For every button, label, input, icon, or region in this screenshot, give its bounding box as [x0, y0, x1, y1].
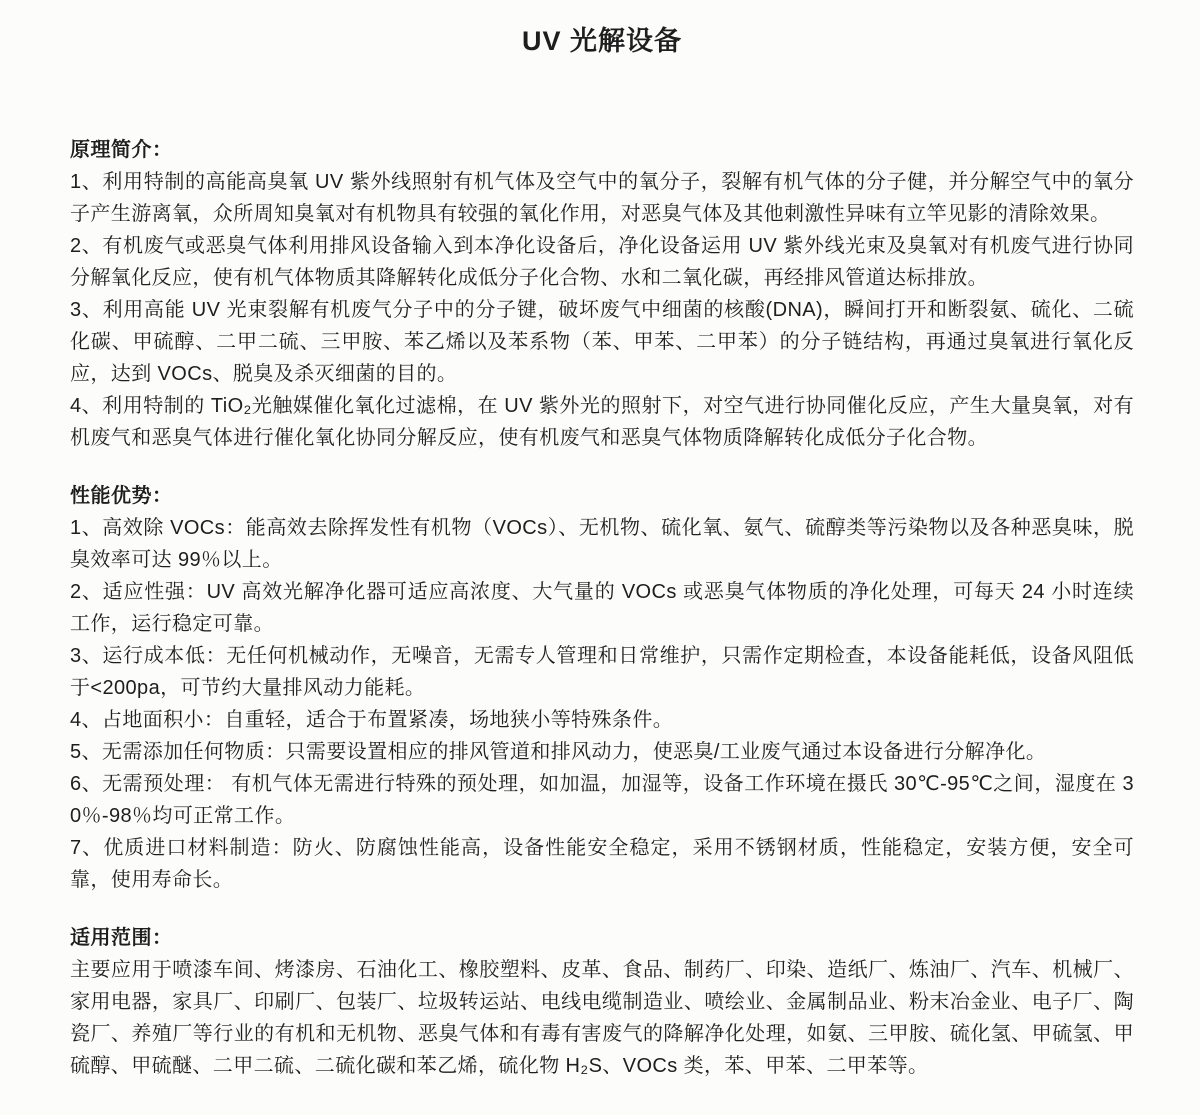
advantage-paragraph-6: 6、无需预处理： 有机气体无需进行特殊的预处理，如加温，加湿等，设备工作环境在摄…: [70, 768, 1134, 832]
principle-paragraph-2: 2、有机废气或恶臭气体利用排风设备输入到本净化设备后，净化设备运用 UV 紫外线…: [70, 230, 1134, 294]
principle-paragraph-3: 3、利用高能 UV 光束裂解有机废气分子中的分子键，破坏废气中细菌的核酸(DNA…: [70, 294, 1134, 390]
section-advantages-heading: 性能优势：: [70, 480, 1134, 512]
section-scope: 适用范围： 主要应用于喷漆车间、烤漆房、石油化工、橡胶塑料、皮革、食品、制药厂、…: [70, 922, 1134, 1082]
advantage-paragraph-3: 3、运行成本低：无任何机械动作，无噪音，无需专人管理和日常维护，只需作定期检查，…: [70, 640, 1134, 704]
section-principle-heading: 原理简介：: [70, 134, 1134, 166]
section-principle: 原理简介： 1、利用特制的高能高臭氧 UV 紫外线照射有机气体及空气中的氧分子，…: [70, 134, 1134, 454]
document-page: UV 光解设备 原理简介： 1、利用特制的高能高臭氧 UV 紫外线照射有机气体及…: [0, 0, 1200, 1115]
advantage-paragraph-5: 5、无需添加任何物质：只需要设置相应的排风管道和排风动力，使恶臭/工业废气通过本…: [70, 736, 1134, 768]
scope-paragraph-1: 主要应用于喷漆车间、烤漆房、石油化工、橡胶塑料、皮革、食品、制药厂、印染、造纸厂…: [70, 954, 1134, 1082]
advantage-paragraph-2: 2、适应性强：UV 高效光解净化器可适应高浓度、大气量的 VOCs 或恶臭气体物…: [70, 576, 1134, 640]
section-scope-heading: 适用范围：: [70, 922, 1134, 954]
advantage-paragraph-7: 7、优质进口材料制造：防火、防腐蚀性能高，设备性能安全稳定，采用不锈钢材质，性能…: [70, 832, 1134, 896]
advantage-paragraph-4: 4、占地面积小：自重轻，适合于布置紧凑，场地狭小等特殊条件。: [70, 704, 1134, 736]
advantage-paragraph-1: 1、高效除 VOCs：能高效去除挥发性有机物（VOCs）、无机物、硫化氧、氨气、…: [70, 512, 1134, 576]
section-advantages: 性能优势： 1、高效除 VOCs：能高效去除挥发性有机物（VOCs）、无机物、硫…: [70, 480, 1134, 896]
principle-paragraph-4: 4、利用特制的 TiO₂光触媒催化氧化过滤棉，在 UV 紫外光的照射下，对空气进…: [70, 390, 1134, 454]
principle-paragraph-1: 1、利用特制的高能高臭氧 UV 紫外线照射有机气体及空气中的氧分子，裂解有机气体…: [70, 166, 1134, 230]
document-title: UV 光解设备: [70, 22, 1134, 60]
